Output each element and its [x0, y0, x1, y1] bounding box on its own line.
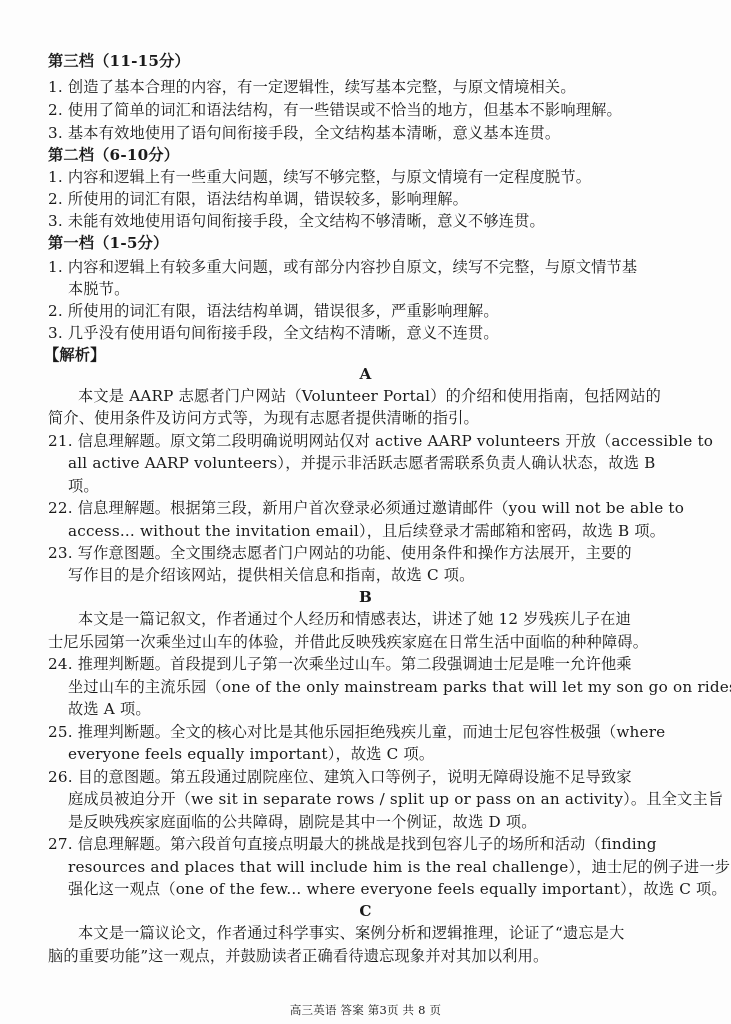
answer-21-cont: 项。	[68, 476, 99, 496]
analysis-heading: 【解析】	[44, 345, 106, 365]
grade-item: 2. 使用了简单的词汇和语法结构，有一些错误或不恰当的地方，但基本不影响理解。	[48, 100, 622, 120]
section-summary: 本文是一篇记叙文，作者通过个人经历和情感表达，讲述了她 12 岁残疾儿子在迪	[78, 609, 631, 629]
grade-item: 1. 内容和逻辑上有较多重大问题，或有部分内容抄自原文，续写不完整，与原文情节基	[48, 257, 637, 277]
section-summary: 本文是 AARP 志愿者门户网站（Volunteer Portal）的介绍和使用…	[78, 386, 661, 406]
grade-title: 第一档（1-5分）	[48, 233, 168, 253]
answer-26: 26. 目的意图题。第五段通过剧院座位、建筑入口等例子，说明无障碍设施不足导致家	[48, 767, 632, 787]
answer-21: 21. 信息理解题。原文第二段明确说明网站仅对 active AARP volu…	[48, 431, 713, 451]
answer-26-cont: 是反映残疾家庭面临的公共障碍，剧院是其中一个例证，故选 D 项。	[68, 812, 537, 832]
answer-27-cont: 强化这一观点（one of the few... where everyone …	[68, 879, 727, 899]
answer-21-cont: all active AARP volunteers），并提示非活跃志愿者需联系…	[68, 453, 656, 473]
grade-item: 3. 几乎没有使用语句间衔接手段，全文结构不清晰，意义不连贯。	[48, 323, 499, 343]
section-letter-c: C	[0, 901, 731, 921]
answer-25-cont: everyone feels equally important），故选 C 项…	[68, 744, 434, 764]
answer-22: 22. 信息理解题。根据第三段，新用户首次登录必须通过邀请邮件（you will…	[48, 498, 684, 518]
section-summary: 本文是一篇议论文，作者通过科学事实、案例分析和逻辑推理，论证了“遗忘是大	[78, 923, 625, 943]
section-summary: 士尼乐园第一次乘坐过山车的体验，并借此反映残疾家庭在日常生活中面临的种种障碍。	[48, 632, 648, 652]
grade-item: 3. 未能有效地使用语句间衔接手段，全文结构不够清晰，意义不够连贯。	[48, 211, 545, 231]
grade-item-continuation: 本脱节。	[68, 279, 130, 299]
grade-item: 2. 所使用的词汇有限，语法结构单调，错误很多，严重影响理解。	[48, 301, 499, 321]
section-summary: 脑的重要功能”这一观点，并鼓励读者正确看待遗忘现象并对其加以利用。	[48, 946, 548, 966]
answer-27-cont: resources and places that will include h…	[68, 857, 730, 877]
answer-27: 27. 信息理解题。第六段首句直接点明最大的挑战是找到包容儿子的场所和活动（fi…	[48, 834, 657, 854]
section-letter-a: A	[0, 364, 731, 384]
answer-24: 24. 推理判断题。首段提到儿子第一次乘坐过山车。第二段强调迪士尼是唯一允许他乘	[48, 654, 632, 674]
page-footer: 高三英语 答案 第3页 共 8 页	[0, 1000, 731, 1020]
answer-23-cont: 写作目的是介绍该网站，提供相关信息和指南，故选 C 项。	[68, 565, 475, 585]
grade-item: 3. 基本有效地使用了语句间衔接手段，全文结构基本清晰，意义基本连贯。	[48, 123, 560, 143]
answer-24-cont: 坐过山车的主流乐园（one of the only mainstream par…	[68, 677, 731, 697]
grade-title: 第二档（6-10分）	[48, 145, 179, 165]
grade-item: 1. 创造了基本合理的内容，有一定逻辑性，续写基本完整，与原文情境相关。	[48, 77, 576, 97]
grade-item: 1. 内容和逻辑上有一些重大问题，续写不够完整，与原文情境有一定程度脱节。	[48, 167, 591, 187]
answer-26-cont: 庭成员被迫分开（we sit in separate rows / split …	[68, 789, 723, 809]
answer-24-cont: 故选 A 项。	[68, 699, 151, 719]
answer-23: 23. 写作意图题。全文围绕志愿者门户网站的功能、使用条件和操作方法展开，主要的	[48, 543, 632, 563]
grade-item: 2. 所使用的词汇有限，语法结构单调，错误较多，影响理解。	[48, 189, 468, 209]
answer-22-cont: access... without the invitation email），…	[68, 521, 665, 541]
section-summary: 简介、使用条件及访问方式等，为现有志愿者提供清晰的指引。	[48, 408, 479, 428]
grade-title: 第三档（11-15分）	[48, 51, 190, 71]
section-letter-b: B	[0, 587, 731, 607]
answer-25: 25. 推理判断题。全文的核心对比是其他乐园拒绝残疾儿童，而迪士尼包容性极强（w…	[48, 722, 665, 742]
